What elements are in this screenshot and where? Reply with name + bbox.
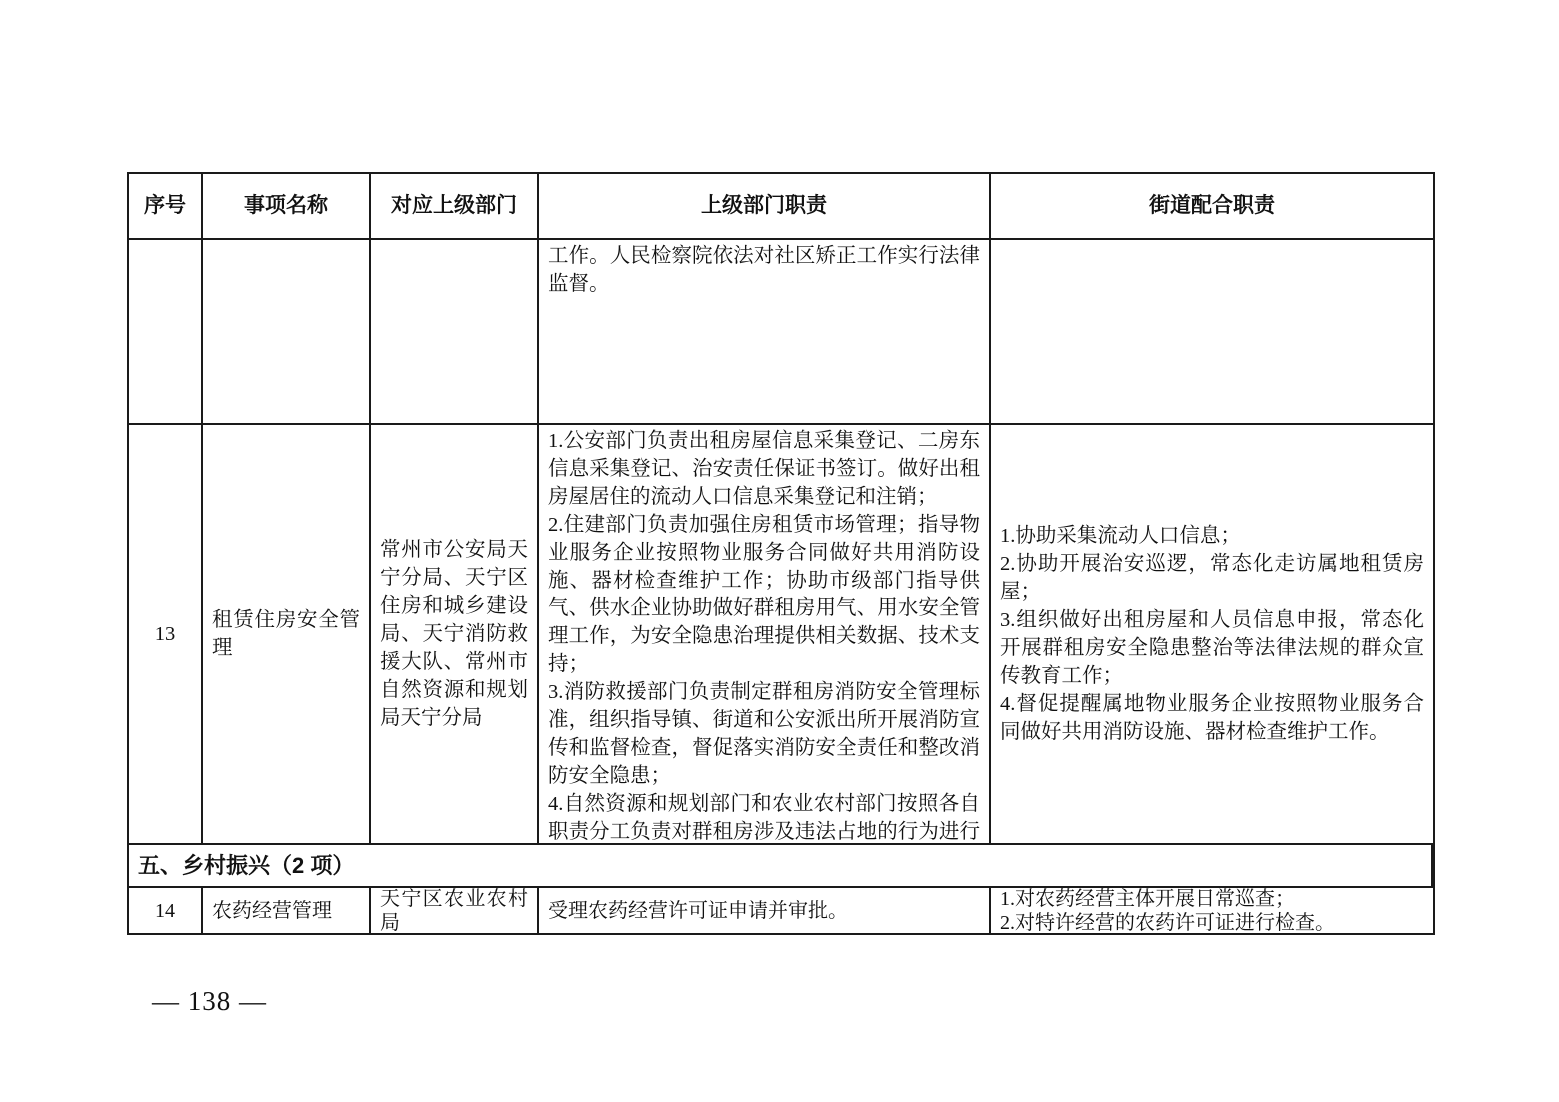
row14-cell-superior-dept: 天宁区农业农村局 [371,888,539,933]
row13-street-duty-text: 1.协助采集流动人口信息； 2.协助开展治安巡逻，常态化走访属地租赁房屋； 3.… [1000,522,1424,746]
row14-superior-duty-text: 受理农药经营许可证申请并审批。 [548,899,848,923]
header-cell-seq: 序号 [129,174,203,240]
row13-cell-seq: 13 [129,425,203,845]
row14-cell-seq: 14 [129,888,203,933]
header-cell-superior-dept: 对应上级部门 [371,174,539,240]
responsibilities-table: 序号 事项名称 对应上级部门 上级部门职责 街道配合职责 工作。人民检察院依法对… [127,172,1435,935]
row13-superior-dept-text: 常州市公安局天宁分局、天宁区住房和城乡建设局、天宁消防救援大队、常州市自然资源和… [380,536,528,732]
row14-cell-street-duty: 1.对农药经营主体开展日常巡查； 2.对特许经营的农药许可证进行检查。 [991,888,1433,933]
row13-superior-duty-text: 1.公安部门负责出租房屋信息采集登记、二房东信息采集登记、治安责任保证书签订。做… [548,428,980,845]
section-header-text: 五、乡村振兴（2 项） [138,852,354,880]
carryover-superior-duty-text: 工作。人民检察院依法对社区矫正工作实行法律监督。 [548,242,980,298]
document-page: 序号 事项名称 对应上级部门 上级部门职责 街道配合职责 工作。人民检察院依法对… [0,0,1559,1102]
row14-street-duty-text: 1.对农药经营主体开展日常巡查； 2.对特许经营的农药许可证进行检查。 [1000,888,1335,933]
carryover-cell-seq [129,240,203,425]
carryover-cell-superior-duty: 工作。人民检察院依法对社区矫正工作实行法律监督。 [539,240,991,425]
row14-seq-text: 14 [155,899,175,923]
carryover-cell-street-duty [991,240,1433,425]
row13-seq-text: 13 [155,620,176,648]
row13-cell-item-name: 租赁住房安全管理 [203,425,371,845]
row13-item-name-text: 租赁住房安全管理 [212,606,360,662]
header-cell-superior-duty: 上级部门职责 [539,174,991,240]
page-number: — 138 — [152,986,267,1017]
row14-cell-superior-duty: 受理农药经营许可证申请并审批。 [539,888,991,933]
header-cell-item-name: 事项名称 [203,174,371,240]
row13-cell-street-duty: 1.协助采集流动人口信息； 2.协助开展治安巡逻，常态化走访属地租赁房屋； 3.… [991,425,1433,845]
carryover-cell-superior-dept [371,240,539,425]
row14-item-name-text: 农药经营管理 [212,899,332,923]
row14-superior-dept-text: 天宁区农业农村局 [380,888,528,933]
row14-cell-item-name: 农药经营管理 [203,888,371,933]
row13-cell-superior-duty: 1.公安部门负责出租房屋信息采集登记、二房东信息采集登记、治安责任保证书签订。做… [539,425,991,845]
carryover-cell-item-name [203,240,371,425]
row13-cell-superior-dept: 常州市公安局天宁分局、天宁区住房和城乡建设局、天宁消防救援大队、常州市自然资源和… [371,425,539,845]
section-header-rural-revitalization: 五、乡村振兴（2 项） [129,845,1433,888]
header-cell-street-duty: 街道配合职责 [991,174,1433,240]
